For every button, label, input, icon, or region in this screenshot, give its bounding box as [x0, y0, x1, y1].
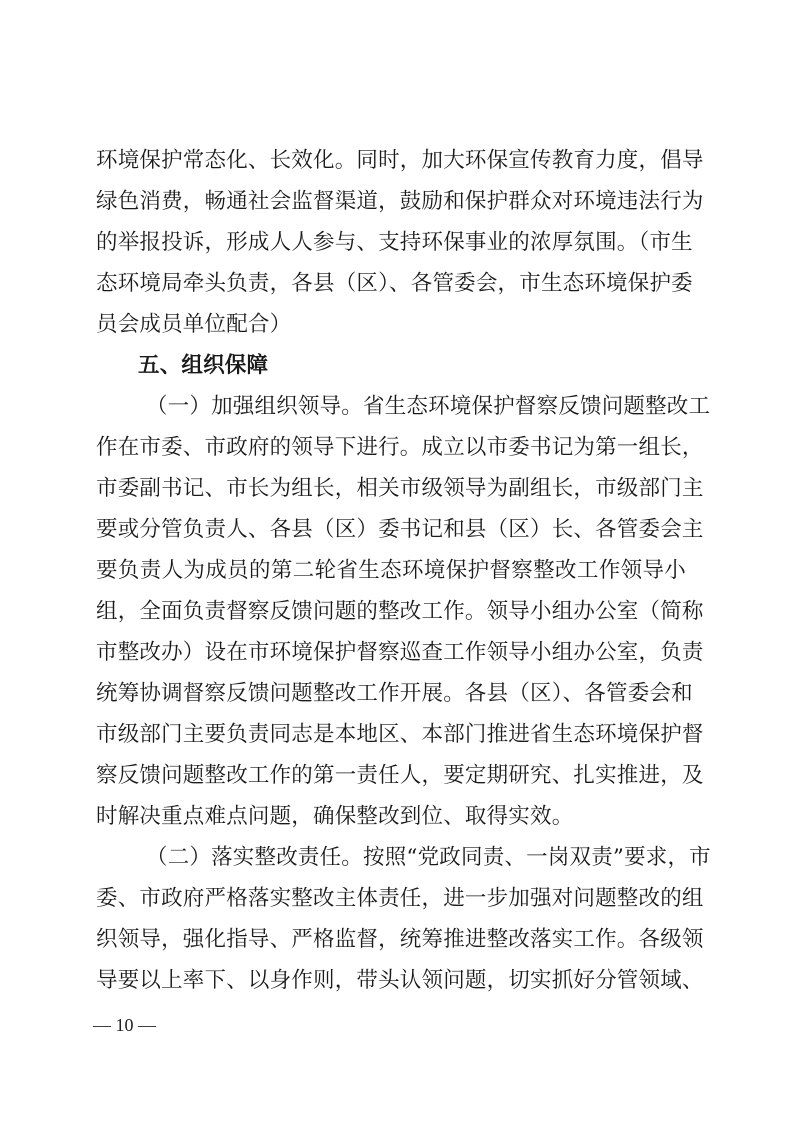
paragraph-line: 织领导，强化指导、严格监督，统筹推进整改落实工作。各级领 — [96, 925, 686, 955]
paragraph-line: 的举报投诉，形成人人参与、支持环保事业的浓厚氛围。（市生 — [96, 228, 686, 258]
paragraph-line: 委、市政府严格落实整改主体责任，进一步加强对问题整改的组 — [96, 884, 686, 914]
subsection-heading-line: （二）落实整改责任。按照“党政同责、一岗双责”要求，市 — [146, 843, 686, 873]
paragraph-line: 统筹协调督察反馈问题整改工作开展。各县（区）、各管委会和 — [96, 679, 686, 709]
paragraph-line: 时解决重点难点问题，确保整改到位、取得实效。 — [96, 802, 686, 832]
document-page: 环境保护常态化、长效化。同时，加大环保宣传教育力度，倡导 绿色消费，畅通社会监督… — [0, 0, 793, 1122]
paragraph-line: 环境保护常态化、长效化。同时，加大环保宣传教育力度，倡导 — [96, 146, 686, 176]
paragraph-line: 要或分管负责人、各县（区）委书记和县（区）长、各管委会主 — [96, 515, 686, 545]
subsection-heading-line: （一）加强组织领导。省生态环境保护督察反馈问题整改工 — [146, 392, 686, 422]
paragraph-line: 察反馈问题整改工作的第一责任人，要定期研究、扎实推进，及 — [96, 761, 686, 791]
paragraph-line: 要负责人为成员的第二轮省生态环境保护督察整改工作领导小 — [96, 556, 686, 586]
paragraph-line: 市整改办）设在市环境保护督察巡查工作领导小组办公室，负责 — [96, 638, 686, 668]
paragraph-line: 市委副书记、市长为组长，相关市级领导为副组长，市级部门主 — [96, 474, 686, 504]
section-heading: 五、组织保障 — [138, 351, 268, 381]
paragraph-line: 绿色消费，畅通社会监督渠道，鼓励和保护群众对环境违法行为 — [96, 187, 686, 217]
paragraph-line: 组，全面负责督察反馈问题的整改工作。领导小组办公室（简称 — [96, 597, 686, 627]
paragraph-line: 导要以上率下、以身作则，带头认领问题，切实抓好分管领域、 — [96, 966, 686, 996]
paragraph-line: 态环境局牵头负责，各县（区）、各管委会，市生态环境保护委 — [96, 269, 686, 299]
page-number: — 10 — — [93, 1015, 156, 1036]
paragraph-line: 市级部门主要负责同志是本地区、本部门推进省生态环境保护督 — [96, 720, 686, 750]
paragraph-line: 作在市委、市政府的领导下进行。成立以市委书记为第一组长， — [96, 433, 686, 463]
paragraph-line: 员会成员单位配合） — [96, 310, 686, 340]
